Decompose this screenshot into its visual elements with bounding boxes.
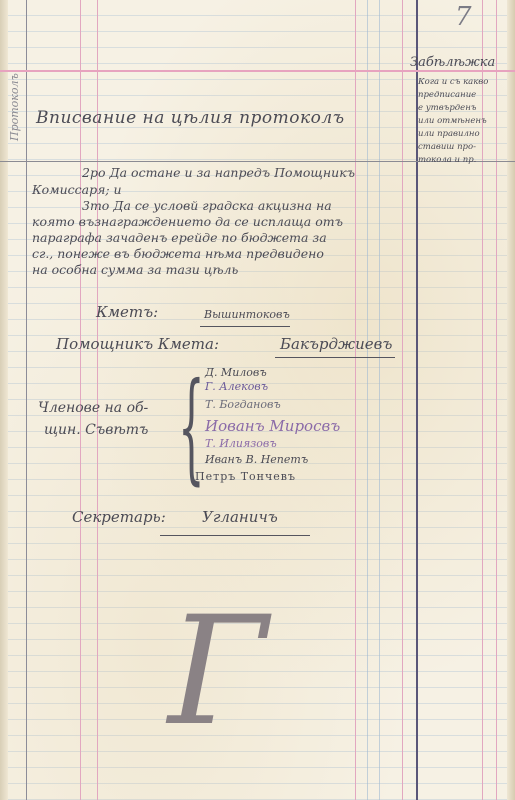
assistant-signature: Бакърджиевъ [280,335,392,353]
council-member: Иованъ Миросвъ [205,417,340,435]
signature-flourish [200,326,290,327]
mayor-signature: Вышинтоковъ [204,308,290,321]
signature-flourish [160,535,310,536]
body-line: на особна сумма за тази цѣль [32,262,238,277]
council-member: Иванъ В. Непетъ [205,453,308,466]
remarks-line: ставиш про- [418,141,510,154]
page-number: 7 [455,2,472,32]
secretary-signature: Угланичъ [202,508,278,526]
column-rule [355,0,356,800]
column-rule [367,0,368,800]
council-member: Петръ Тончевъ [195,470,296,483]
council-member: Г. Алековъ [205,380,268,393]
council-member: Т. Илиязовъ [205,437,277,450]
remarks-line: или правилно [418,128,510,141]
body-line: 2ро Да остане и за напредъ Помощникъ [82,165,355,180]
assistant-label: Помощникъ Кмета: [56,335,219,353]
body-line: сг., понеже въ бюджета нѣма предвидено [32,246,324,261]
remarks-line: Кога и съ какво [418,76,510,89]
body-line: която възнаграждението да се исплаща отъ [32,214,343,229]
remarks-heading: Забѣлѣжка [410,55,495,70]
remarks-line: или отмѣненъ [418,115,510,128]
remarks-line: токола и пр. [418,154,510,167]
council-member: Т. Богдановъ [205,398,281,411]
secretary-label: Секретарь: [72,508,166,526]
column-rule [379,0,380,800]
council-member: Д. Миловъ [205,366,267,379]
remarks-line: предписание [418,89,510,102]
council-label: щин. Съвѣтъ [44,422,148,438]
margin-note: Протоколъ [8,73,21,141]
page-title: Вписвание на цѣлия протоколъ [36,108,345,128]
ledger-page: 7 Протоколъ Вписвание на цѣлия протоколъ… [0,0,515,800]
column-rule [402,0,403,800]
decorative-initial: Г [168,585,267,759]
body-line: 3то Да се условй градска акцизна на [82,198,332,213]
binding-gutter-left [0,0,8,800]
body-line: параграфа зачаденъ ерейде по бюджета за [32,230,327,245]
header-rule [0,70,515,72]
remarks-note: Кога и съ какво предписание е утвърденъ … [418,76,510,167]
signature-flourish [275,357,395,358]
margin-rule [26,0,27,800]
remarks-line: е утвърденъ [418,102,510,115]
mayor-label: Кметъ: [96,303,158,321]
body-line: Комиссаря; и [32,182,122,197]
council-label: Членове на об- [38,400,148,416]
